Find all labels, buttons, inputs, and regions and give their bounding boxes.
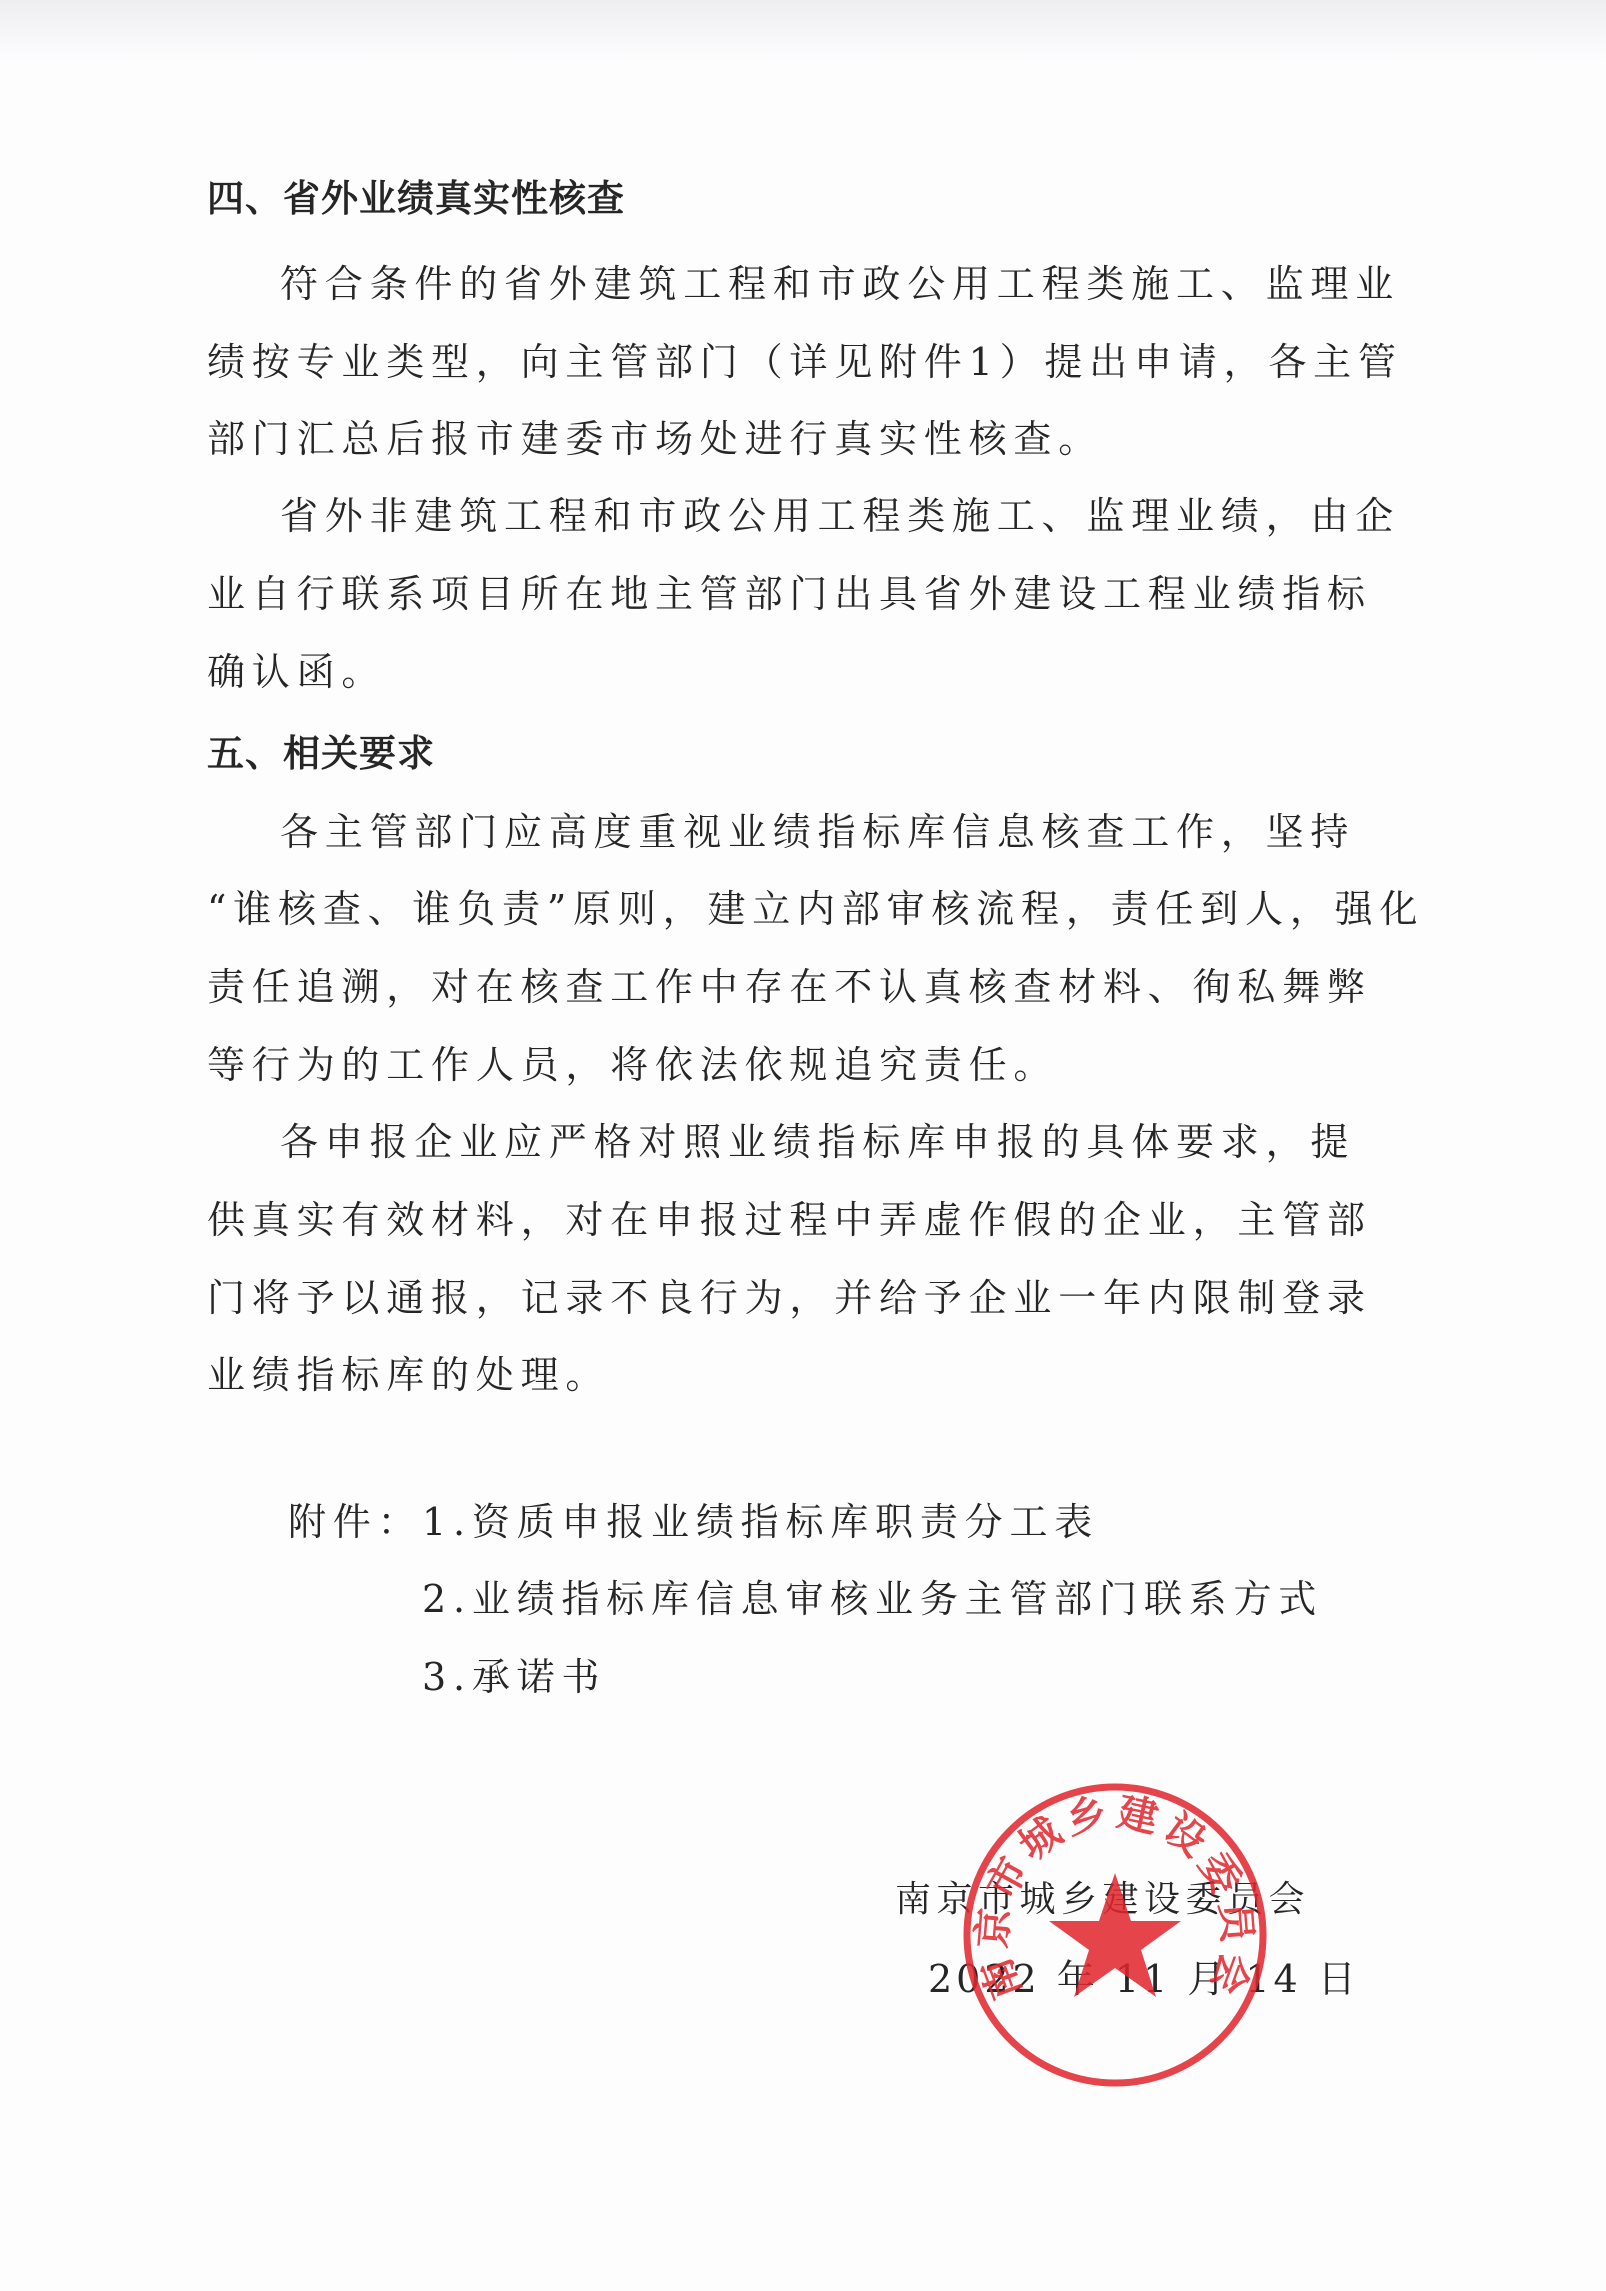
paragraph-line: 业绩指标库的处理。: [207, 1351, 1377, 1399]
signature-date: 2022 年 11 月 14 日: [928, 1955, 1360, 2003]
paragraph-line: 各申报企业应严格对照业绩指标库申报的具体要求，提: [280, 1118, 1450, 1166]
paragraph-line: 供真实有效材料，对在申报过程中弄虚作假的企业，主管部: [207, 1196, 1377, 1244]
paragraph-line: 各主管部门应高度重视业绩指标库信息核查工作，坚持: [280, 808, 1450, 856]
section-heading-5: 五、相关要求: [207, 730, 1377, 778]
paragraph-line: 等行为的工作人员，将依法依规追究责任。: [207, 1041, 1377, 1089]
paragraph-line: 门将予以通报，记录不良行为，并给予企业一年内限制登录: [207, 1274, 1377, 1322]
signature-organization: 南京市城乡建设委员会: [895, 1877, 1310, 1923]
official-seal: 南京市城乡建设委员会: [955, 1775, 1275, 2095]
attachment-item-3: 3.承诺书: [422, 1653, 1592, 1701]
attachment-item-1: 1.资质申报业绩指标库职责分工表: [422, 1498, 1592, 1546]
paragraph-line: 责任追溯，对在核查工作中存在不认真核查材料、徇私舞弊: [207, 963, 1377, 1011]
paragraph-line: 绩按专业类型，向主管部门（详见附件1）提出申请，各主管: [207, 338, 1377, 386]
paragraph-line: 业自行联系项目所在地主管部门出具省外建设工程业绩指标: [207, 570, 1377, 618]
paragraph-line: 符合条件的省外建筑工程和市政公用工程类施工、监理业: [280, 260, 1450, 308]
paragraph-line: 部门汇总后报市建委市场处进行真实性核查。: [207, 415, 1377, 463]
paragraph-line: “谁核查、谁负责”原则，建立内部审核流程，责任到人，强化: [207, 885, 1377, 933]
attachment-item-2: 2.业绩指标库信息审核业务主管部门联系方式: [422, 1575, 1592, 1623]
document-page: 四、省外业绩真实性核查 符合条件的省外建筑工程和市政公用工程类施工、监理业 绩按…: [0, 0, 1606, 2291]
paragraph-line: 省外非建筑工程和市政公用工程类施工、监理业绩，由企: [280, 492, 1450, 540]
paragraph-line: 确认函。: [207, 648, 1377, 696]
section-heading-4: 四、省外业绩真实性核查: [207, 175, 1377, 223]
